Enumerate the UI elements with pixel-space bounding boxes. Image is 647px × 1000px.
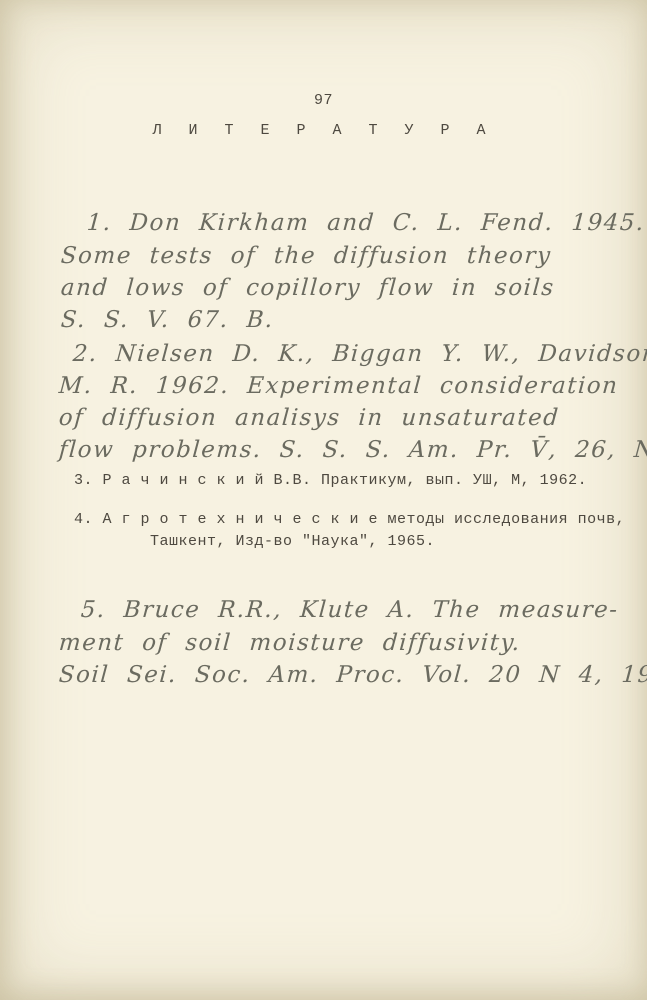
reference-1-line-1: 1. Don Kirkham and C. L. Fend. 1945. <box>86 210 646 236</box>
reference-2-line-3: of diffusion analisys in unsaturated <box>58 405 560 431</box>
reference-5-line-2: ment of soil moisture diffusivity. <box>58 630 522 656</box>
reference-2-line-2: M. R. 1962. Experimental consideration <box>58 373 619 399</box>
reference-1-line-3: and lows of copillory flow in soils <box>60 275 556 301</box>
reference-4-line-2: Ташкент, Изд-во "Наука", 1965. <box>150 533 435 550</box>
reference-5-line-3: Soil Sei. Soc. Am. Proc. Vol. 20 N 4, 19… <box>58 662 647 688</box>
scanned-page: 97 Л И Т Е Р А Т У Р А 1. Don Kirkham an… <box>0 0 647 1000</box>
reference-4-line-1: 4. А г р о т е х н и ч е с к и е методы … <box>74 511 625 528</box>
page-heading: Л И Т Е Р А Т У Р А <box>0 122 647 139</box>
reference-1-line-4: S. S. V. 67. B. <box>60 307 275 333</box>
reference-2-line-4: flow problems. S. S. S. Am. Pr. V̄, 26, … <box>58 437 647 463</box>
reference-2-line-1: 2. Nielsen D. K., Biggan Y. W., Davidson <box>72 341 647 367</box>
reference-1-line-2: Some tests of the diffusion theory <box>60 243 552 269</box>
reference-3-line-1: 3. Р а ч и н с к и й В.В. Практикум, вып… <box>74 472 587 489</box>
page-number: 97 <box>0 92 647 109</box>
reference-5-line-1: 5. Bruce R.R., Klute A. The measure- <box>80 597 619 623</box>
